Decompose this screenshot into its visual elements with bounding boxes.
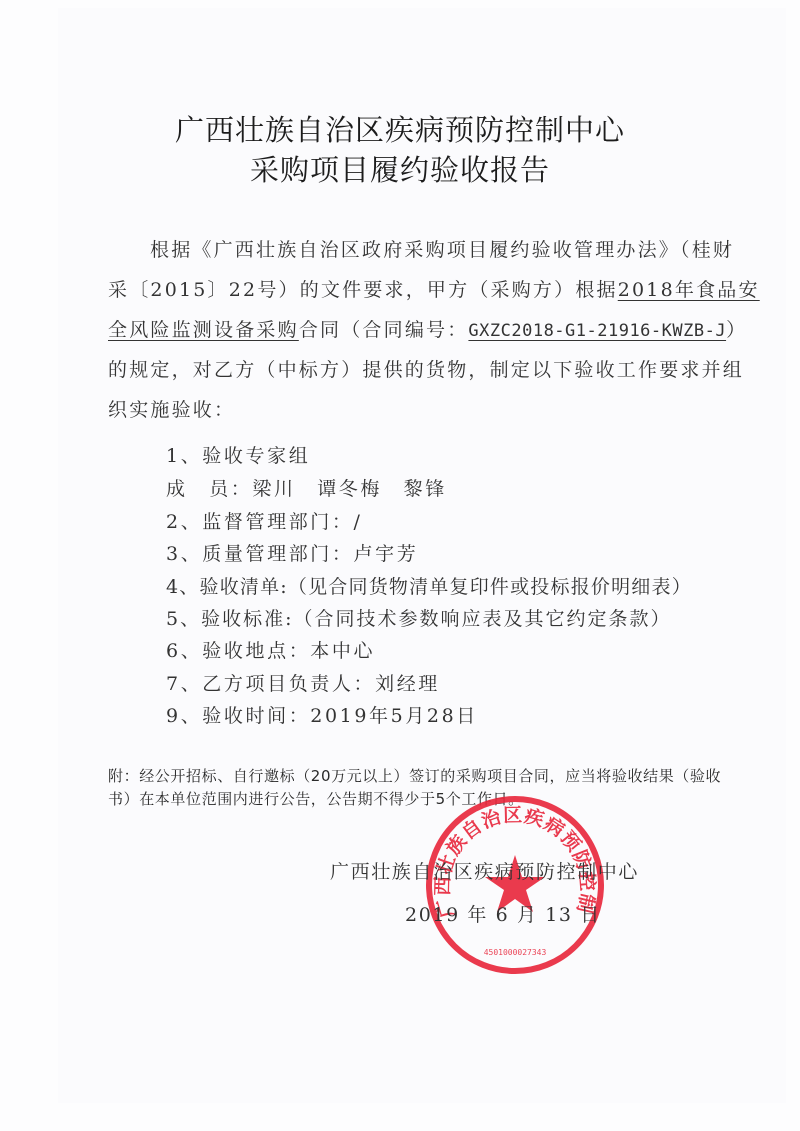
signature-organization: 广西壮族自治区疾病预防控制中心 [330, 857, 639, 884]
svg-text:4501000027343: 4501000027343 [484, 948, 547, 957]
contract-label: 合同（合同编号： [299, 319, 469, 341]
intro-line-5: 织实施验收： [108, 395, 693, 422]
item-acceptance-location: 6、验收地点：本中心 [166, 636, 375, 663]
project-name-part1: 2018年食品安 [618, 279, 760, 301]
intro-line-4: 的规定，对乙方（中标方）提供的货物，制定以下验收工作要求并组 [108, 355, 693, 382]
item-supplier-manager: 7、乙方项目负责人：刘经理 [166, 669, 440, 696]
note-line-1: 附：经公开招标、自行邀标（20万元以上）签订的采购项目合同，应当将验收结果（验收 [108, 765, 721, 786]
project-name-part2: 全风险监测设备采购 [108, 319, 299, 341]
intro-line-2: 采〔2015〕22号）的文件要求，甲方（采购方）根据2018年食品安 [108, 275, 693, 302]
item-acceptance-list: 4、验收清单:（见合同货物清单复印件或投标报价明细表） [166, 572, 692, 599]
item-expert-group: 1、验收专家组 [166, 441, 310, 468]
item-quality-dept: 3、质量管理部门：卢宇芳 [166, 539, 418, 566]
item-supervision-dept: 2、监督管理部门：/ [166, 507, 363, 534]
intro-line-1: 根据《广西壮族自治区政府采购项目履约验收管理办法》（桂财 [150, 235, 735, 262]
intro-line-2-text: 采〔2015〕22号）的文件要求，甲方（采购方）根据 [108, 279, 618, 301]
contract-number: GXZC2018-G1-21916-KWZB-J [468, 321, 726, 341]
intro-line-3: 全风险监测设备采购合同（合同编号：GXZC2018-G1-21916-KWZB-… [108, 315, 693, 342]
document-title-report: 采购项目履约验收报告 [0, 148, 800, 189]
signature-date: 2019 年 6 月 13 日 [405, 900, 601, 927]
official-seal-icon: 广西壮族自治区疾病预防控制中心 4501000027343 [425, 795, 605, 975]
item-acceptance-date: 9、验收时间：2019年5月28日 [166, 701, 478, 728]
document-title-org: 广西壮族自治区疾病预防控制中心 [0, 108, 800, 149]
contract-close: ） [726, 319, 747, 341]
item-acceptance-standard: 5、验收标准:（合同技术参数响应表及其它约定条款） [166, 604, 672, 631]
item-members: 成 员：梁川 谭冬梅 黎锋 [166, 474, 447, 501]
